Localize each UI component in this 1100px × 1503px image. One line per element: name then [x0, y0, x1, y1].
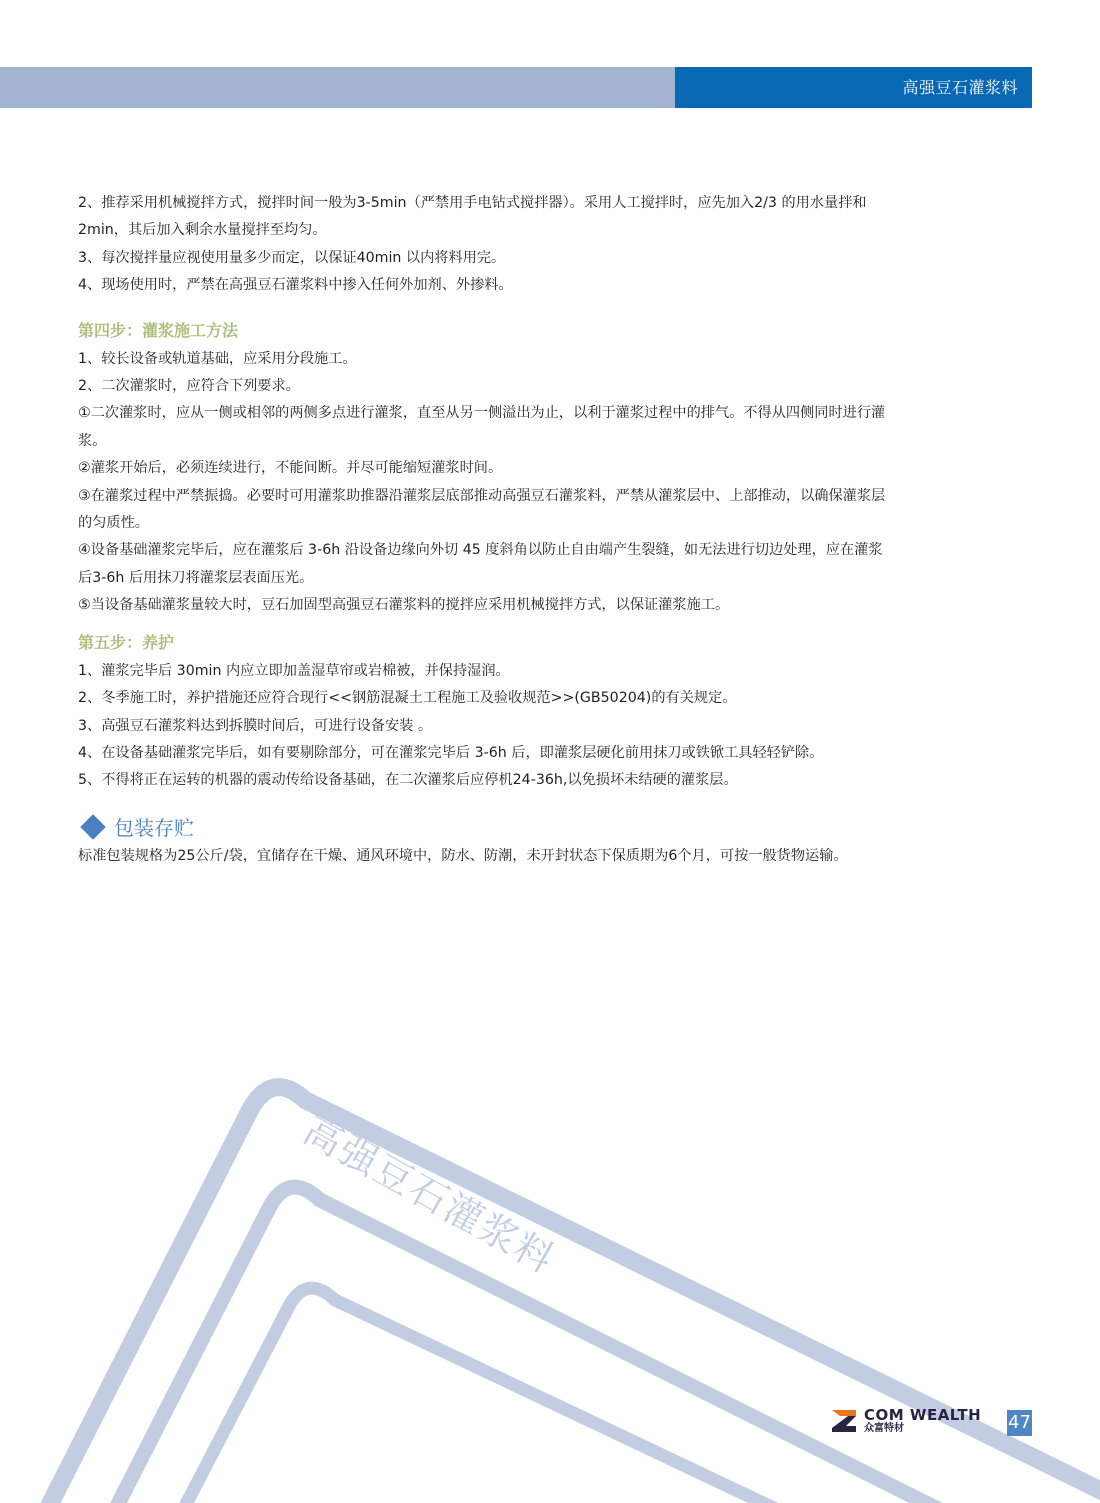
step4-line: ②灌浆开始后，必须连续进行，不能间断。并尽可能缩短灌浆时间。: [78, 455, 998, 482]
step5-line: 5、不得将正在运转的机器的震动传给设备基础，在二次灌浆后应停机24-36h,以免…: [78, 767, 998, 794]
step5-line: 4、在设备基础灌浆完毕后，如有要剔除部分，可在灌浆完毕后 3-6h 后，即灌浆层…: [78, 740, 998, 767]
intro-line: 3、每次搅拌量应视使用量多少而定，以保证40min 以内将料用完。: [78, 245, 998, 272]
packaging-text: 标准包装规格为25公斤/袋，宜储存在干燥、通风环境中，防水、防潮，未开封状态下保…: [78, 843, 998, 870]
step5-line: 2、冬季施工时，养护措施还应符合现行<<钢筋混凝土工程施工及验收规范>>(GB5…: [78, 685, 998, 712]
step5-line: 3、高强豆石灌浆料达到拆膜时间后，可进行设备安装 。: [78, 713, 998, 740]
logo-chinese-name: 众富特材: [864, 1424, 981, 1434]
step4-line: 浆。: [78, 428, 998, 455]
z-logo-icon: [830, 1408, 858, 1434]
step4-line: ④设备基础灌浆完毕后，应在灌浆后 3-6h 沿设备边缘向外切 45 度斜角以防止…: [78, 537, 998, 564]
intro-line: 2min，其后加入剩余水量搅拌至均匀。: [78, 217, 998, 244]
step5-line: 1、灌浆完毕后 30min 内应立即加盖湿草帘或岩棉被，并保持湿润。: [78, 658, 998, 685]
packaging-heading: 包装存贮: [78, 811, 998, 843]
header-bar-light: [0, 67, 675, 108]
step5-heading: 第五步：养护: [78, 628, 998, 658]
logo-english-name: COM WEALTH: [864, 1408, 981, 1423]
intro-line: 4、现场使用时，严禁在高强豆石灌浆料中掺入任何外加剂、外掺料。: [78, 272, 998, 299]
diamond-bullet-icon: [80, 814, 105, 839]
page-content: 2、推荐采用机械搅拌方式，搅拌时间一般为3-5min（严禁用手电钻式搅拌器）。采…: [78, 190, 998, 870]
intro-line: 2、推荐采用机械搅拌方式，搅拌时间一般为3-5min（严禁用手电钻式搅拌器）。采…: [78, 190, 998, 217]
step4-line: ③在灌浆过程中严禁振捣。必要时可用灌浆助推器沿灌浆层底部推动高强豆石灌浆料，严禁…: [78, 483, 998, 510]
header-title: 高强豆石灌浆料: [902, 67, 1018, 108]
step4-line: 2、二次灌浆时，应符合下列要求。: [78, 373, 998, 400]
step4-section: 1、较长设备或轨道基础，应采用分段施工。 2、二次灌浆时，应符合下列要求。 ①二…: [78, 346, 998, 620]
page-number: 47: [1007, 1410, 1032, 1436]
step4-line: ⑤当设备基础灌浆量较大时，豆石加固型高强豆石灌浆料的搅拌应采用机械搅拌方式，以保…: [78, 592, 998, 619]
step4-line: 的匀质性。: [78, 510, 998, 537]
step4-line: ①二次灌浆时，应从一侧或相邻的两侧多点进行灌浆，直至从另一侧溢出为止，以利于灌浆…: [78, 400, 998, 427]
company-logo: COM WEALTH 众富特材: [830, 1408, 981, 1434]
step4-line: 1、较长设备或轨道基础，应采用分段施工。: [78, 346, 998, 373]
packaging-title: 包装存贮: [114, 812, 194, 841]
step4-heading: 第四步：灌浆施工方法: [78, 316, 998, 346]
step4-line: 后3-6h 后用抹刀将灌浆层表面压光。: [78, 565, 998, 592]
step5-section: 1、灌浆完毕后 30min 内应立即加盖湿草帘或岩棉被，并保持湿润。 2、冬季施…: [78, 658, 998, 795]
header-bar-dark: 高强豆石灌浆料: [675, 67, 1032, 108]
intro-section: 2、推荐采用机械搅拌方式，搅拌时间一般为3-5min（严禁用手电钻式搅拌器）。采…: [78, 190, 998, 300]
